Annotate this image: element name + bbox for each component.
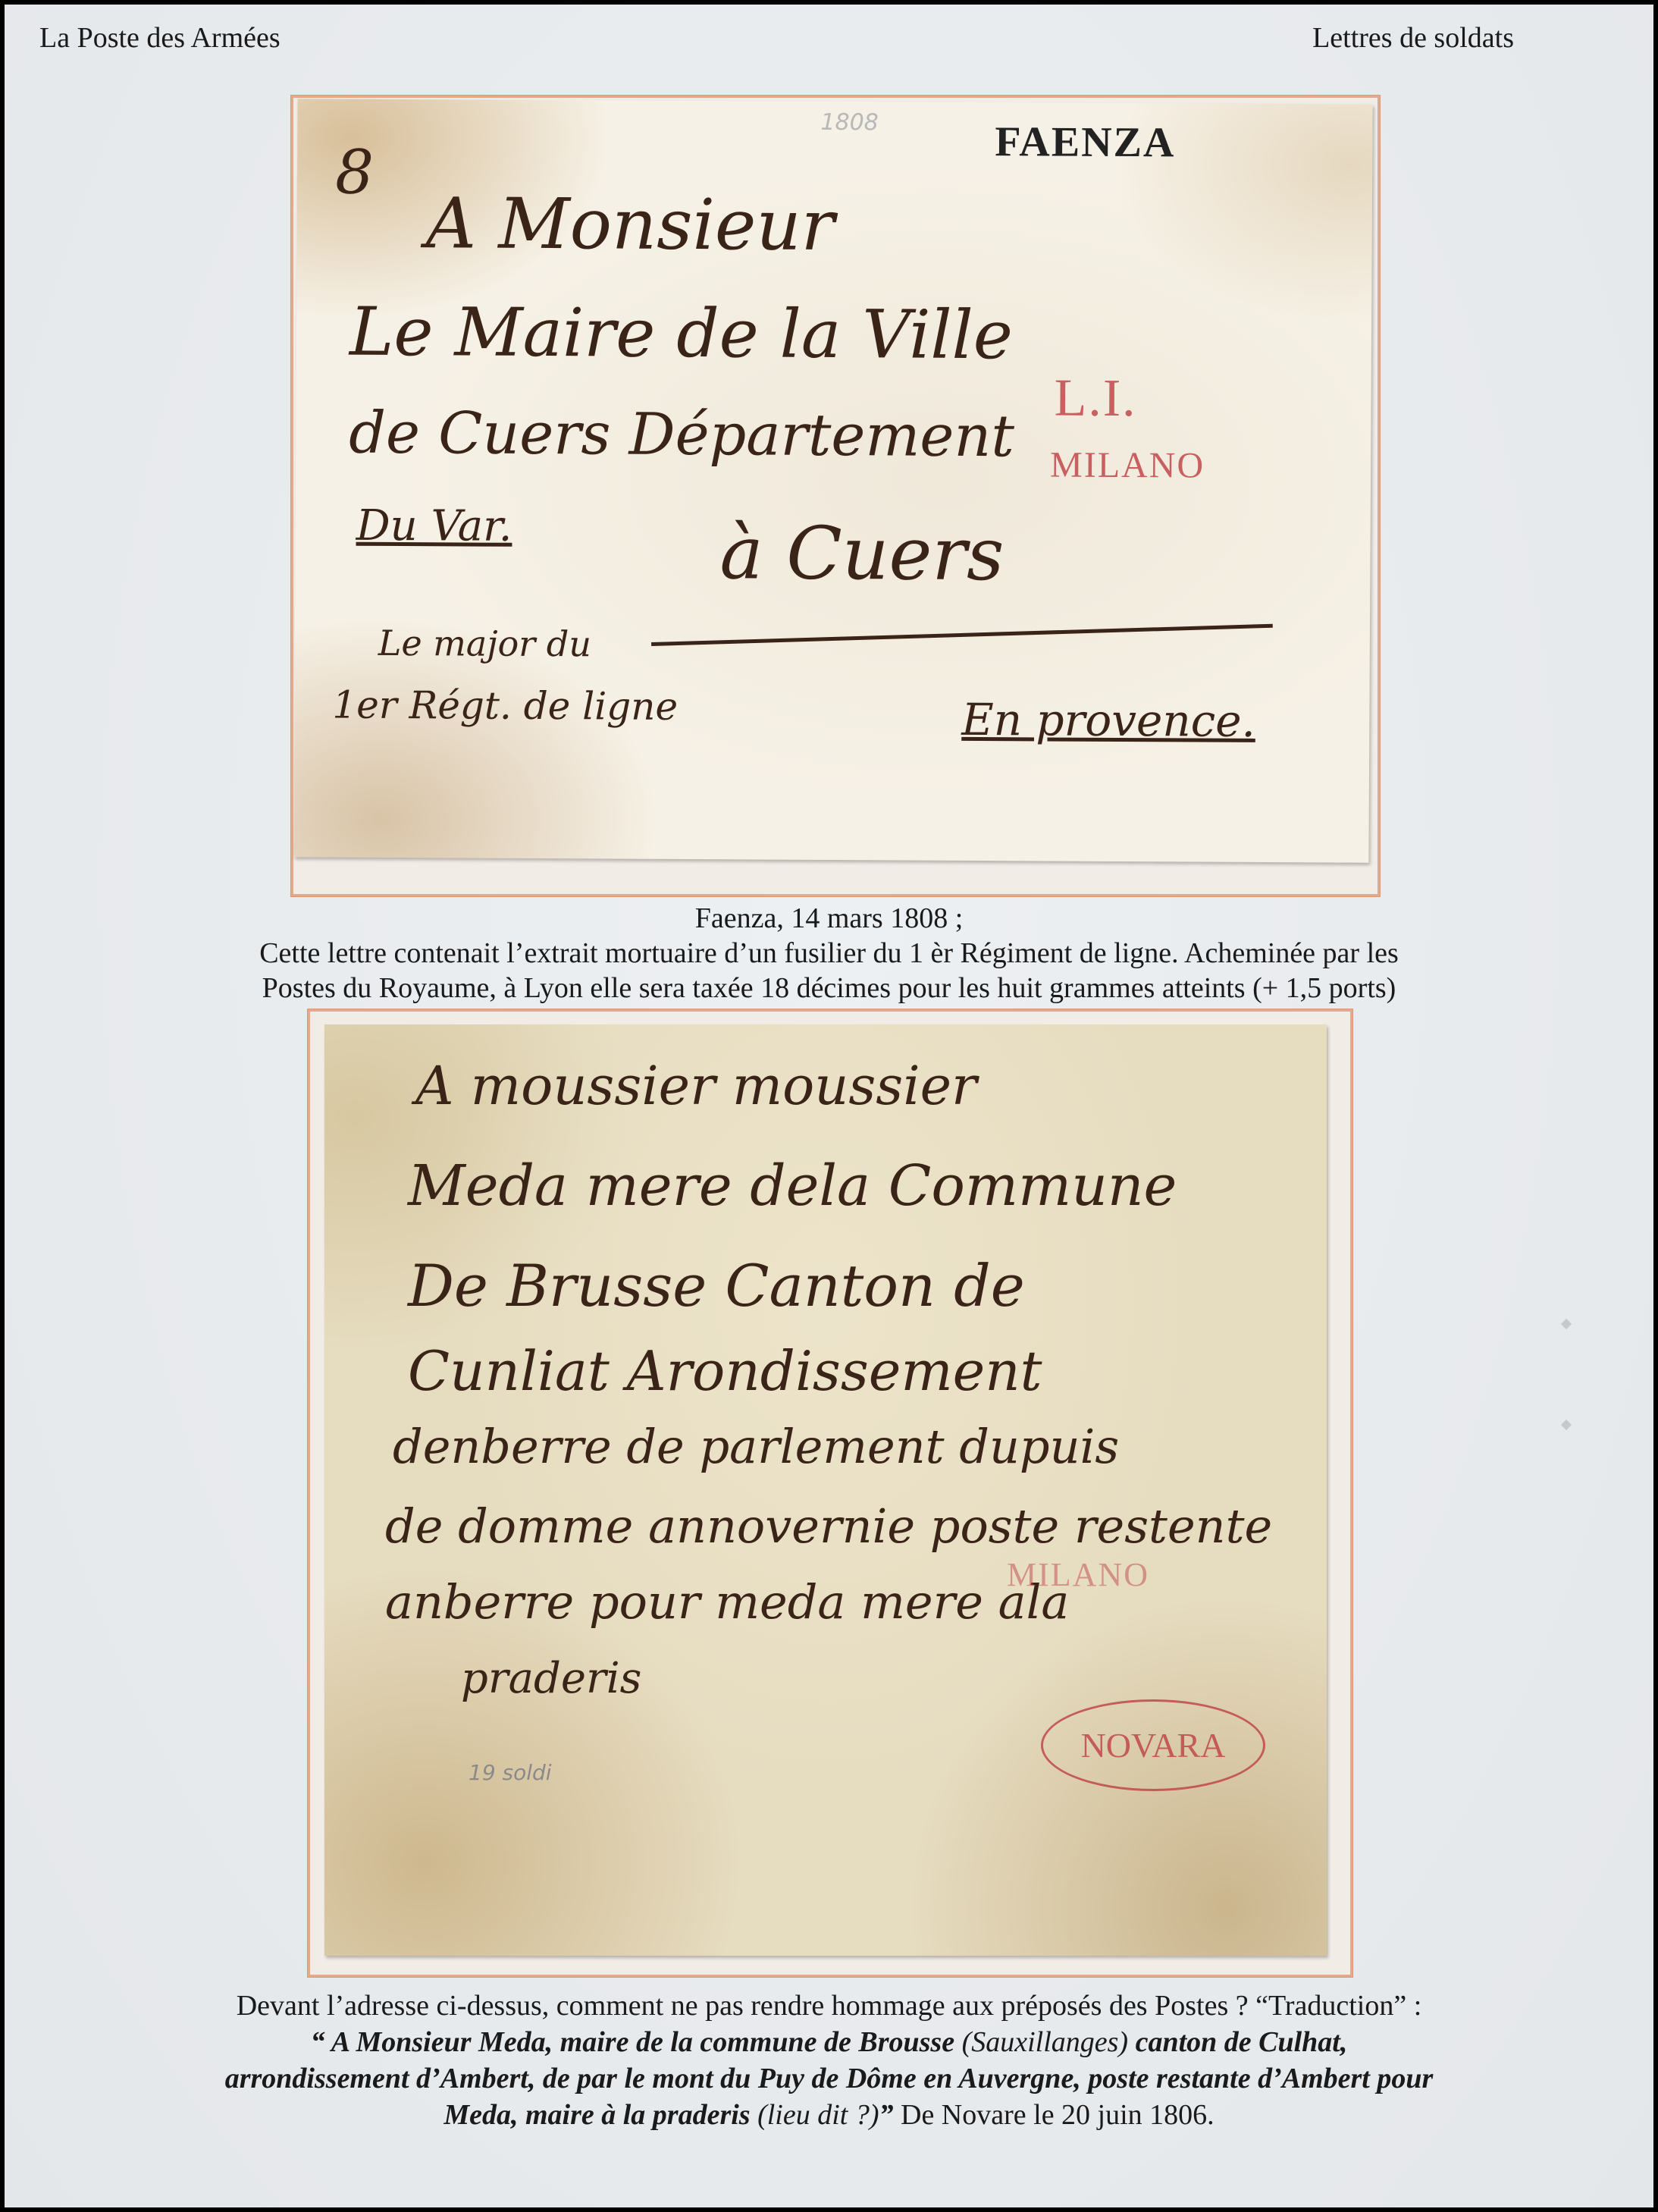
letter-1-cover: 8 1808 FAENZA A Monsieur Le Maire de la …: [293, 99, 1372, 862]
page-pencil-notes: [1445, 293, 1453, 338]
address-line-2: Meda mere dela Commune: [408, 1153, 1177, 1219]
sender-line-1: Le major du: [378, 623, 591, 664]
red-postmark-milano-partial: MILANO: [1007, 1555, 1149, 1594]
caption-2-line-2a: “ A Monsieur Meda, maire de la commune d…: [311, 2026, 962, 2058]
address-line-4: Cunliat Arondissement: [408, 1339, 1042, 1403]
caption-2-line-4d: De Novare le 20 juin 1806.: [894, 2099, 1215, 2131]
address-line-5: denberre de parlement dupuis: [393, 1419, 1119, 1474]
caption-letter-2: Devant l’adresse ci-dessus, comment ne p…: [5, 1988, 1653, 2133]
underline-stroke: [651, 624, 1273, 646]
address-line-3: de Cuers Département: [349, 399, 1014, 470]
pencil-note: 19 soldi: [469, 1760, 552, 1785]
album-page: La Poste des Armées Lettres de soldats 8…: [5, 5, 1653, 2207]
caption-letter-1: Faenza, 14 mars 1808 ; Cette lettre cont…: [5, 901, 1653, 1006]
pencil-year: 1808: [820, 109, 879, 136]
address-line-3: De Brusse Canton de: [408, 1252, 1025, 1319]
header-right-title: Lettres de soldats: [1312, 21, 1514, 55]
caption-2-line-1: Devant l’adresse ci-dessus, comment ne p…: [5, 1988, 1653, 2024]
caption-1-line-3: Postes du Royaume, à Lyon elle sera taxé…: [5, 971, 1653, 1006]
address-line-1: A Monsieur: [425, 183, 834, 266]
address-line-1: A moussier moussier: [415, 1055, 977, 1117]
caption-2-line-4a: Meda, maire à la praderis: [443, 2099, 757, 2131]
page-mark: [1561, 1319, 1572, 1329]
red-postmark-milano: MILANO: [1050, 444, 1205, 486]
address-line-4: Du Var.: [356, 501, 512, 551]
header-left-title: La Poste des Armées: [39, 21, 281, 55]
caption-2-line-4c: ”: [879, 2099, 894, 2131]
novara-oval-postmark: NOVARA: [1041, 1699, 1265, 1791]
caption-1-line-2: Cette lettre contenait l’extrait mortuai…: [5, 936, 1653, 971]
caption-1-line-1: Faenza, 14 mars 1808 ;: [5, 901, 1653, 936]
sender-line-2: 1er Régt. de ligne: [332, 683, 678, 729]
red-postmark-li: L.I.: [1054, 369, 1136, 430]
caption-2-line-2c: canton de Culhat,: [1128, 2026, 1347, 2058]
address-line-5: à Cuers: [719, 510, 1005, 597]
caption-2-line-4b: (lieu dit ?): [757, 2099, 879, 2131]
address-line-7: anberre pour meda mere ala: [385, 1574, 1069, 1630]
rate-mark: 8: [335, 137, 374, 208]
caption-2-line-3: arrondissement d’Ambert, de par le mont …: [5, 2060, 1653, 2097]
letter-2-cover: A moussier moussier Meda mere dela Commu…: [324, 1024, 1327, 1956]
address-line-6: de domme annovernie poste restente: [385, 1498, 1272, 1554]
address-line-2: Le Maire de la Ville: [349, 293, 1013, 375]
page-mark: [1561, 1420, 1572, 1430]
faenza-postmark: FAENZA: [995, 118, 1175, 167]
address-line-8: praderis: [461, 1654, 641, 1703]
caption-2-line-2b: (Sauxillanges): [962, 2026, 1129, 2058]
address-line-6: En provence.: [961, 694, 1255, 747]
